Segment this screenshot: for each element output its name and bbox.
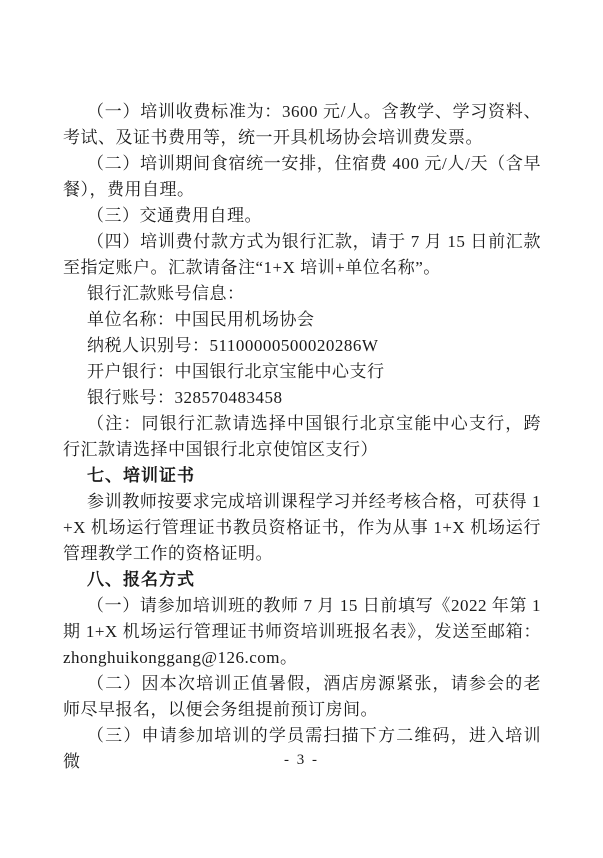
paragraph: （二）培训期间食宿统一安排，住宿费 400 元/人/天（含早餐），费用自理。 [63,151,541,203]
paragraph: 银行汇款账号信息： [63,281,541,307]
paragraph: 银行账号：328570483458 [63,385,541,411]
paragraph: （一）培训收费标准为：3600 元/人。含教学、学习资料、考试、及证书费用等，统… [63,99,541,151]
paragraph: （注：同银行汇款请选择中国银行北京宝能中心支行，跨行汇款请选择中国银行北京使馆区… [63,411,541,463]
paragraph: 单位名称：中国民用机场协会 [63,307,541,333]
paragraph: 开户银行：中国银行北京宝能中心支行 [63,359,541,385]
paragraph: （一）请参加培训班的教师 7 月 15 日前填写《2022 年第 1 期 1+X… [63,593,541,671]
page-number: - 3 - [0,752,603,769]
paragraph: （四）培训费付款方式为银行汇款，请于 7 月 15 日前汇款至指定账户。汇款请备… [63,229,541,281]
document-body: （一）培训收费标准为：3600 元/人。含教学、学习资料、考试、及证书费用等，统… [63,99,541,775]
paragraph: （二）因本次培训正值暑假，酒店房源紧张，请参会的老师尽早报名，以便会务组提前预订… [63,671,541,723]
section-heading: 八、报名方式 [63,567,541,593]
document-page: （一）培训收费标准为：3600 元/人。含教学、学习资料、考试、及证书费用等，统… [0,0,603,858]
paragraph: 参训教师按要求完成培训课程学习并经考核合格，可获得 1+X 机场运行管理证书教员… [63,489,541,567]
paragraph: 纳税人识别号：51100000500020286W [63,333,541,359]
paragraph: （三）交通费用自理。 [63,203,541,229]
section-heading: 七、培训证书 [63,463,541,489]
